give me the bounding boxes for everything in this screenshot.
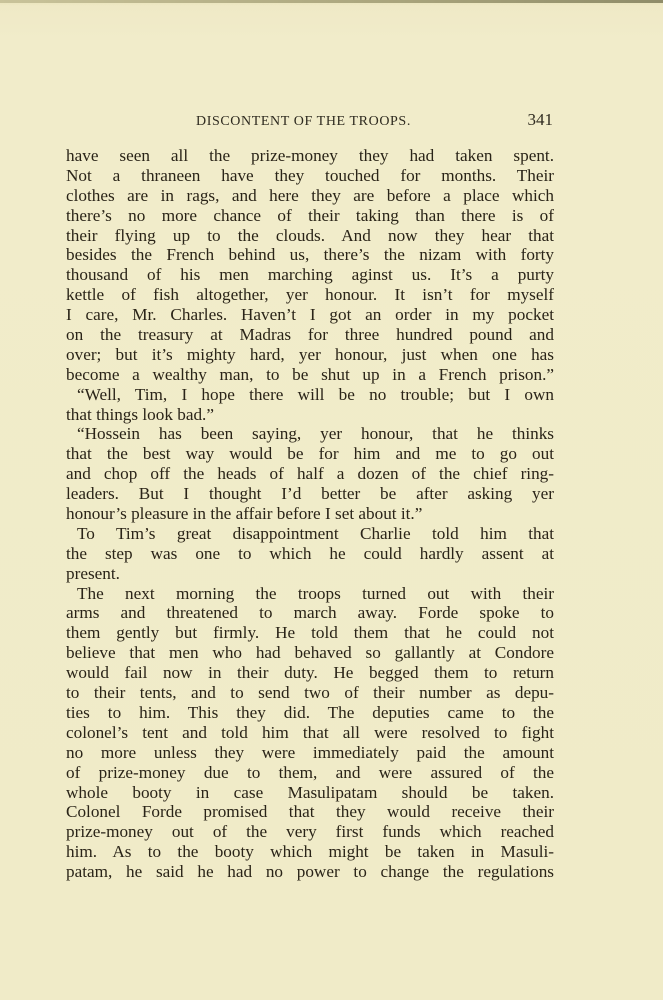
text-line: thousand of his men marching aginst us. … (66, 265, 554, 285)
text-line: “Well, Tim, I hope there will be no trou… (66, 385, 554, 405)
text-line: of prize-money due to them, and were ass… (66, 763, 554, 783)
text-line: believe that men who had behaved so gall… (66, 643, 554, 663)
text-line: colonel’s tent and told him that all wer… (66, 723, 554, 743)
text-line: “Hossein has been saying, yer honour, th… (66, 424, 554, 444)
text-line: over; but it’s mighty hard, yer honour, … (66, 345, 554, 365)
text-line: leaders. But I thought I’d better be aft… (66, 484, 554, 504)
text-line: prize-money out of the very first funds … (66, 822, 554, 842)
text-line: honour’s pleasure in the affair before I… (66, 504, 554, 524)
text-line: that things look bad.” (66, 405, 554, 425)
text-line: that the best way would be for him and m… (66, 444, 554, 464)
text-line: patam, he said he had no power to change… (66, 862, 554, 882)
text-line: clothes are in rags, and here they are b… (66, 186, 554, 206)
text-line: have seen all the prize-money they had t… (66, 146, 554, 166)
text-line: and chop off the heads of half a dozen o… (66, 464, 554, 484)
text-line: no more unless they were immediately pai… (66, 743, 554, 763)
text-line: ties to him. This they did. The deputies… (66, 703, 554, 723)
text-line: them gently but firmly. He told them tha… (66, 623, 554, 643)
text-line: whole booty in case Masulipatam should b… (66, 783, 554, 803)
text-line: present. (66, 564, 554, 584)
text-line: To Tim’s great disappointment Charlie to… (66, 524, 554, 544)
text-line: The next morning the troops turned out w… (66, 584, 554, 604)
text-line: there’s no more chance of their taking t… (66, 206, 554, 226)
text-line: arms and threatened to march away. Forde… (66, 603, 554, 623)
text-line: the step was one to which he could hardl… (66, 544, 554, 564)
text-line: besides the French behind us, there’s th… (66, 245, 554, 265)
text-line: Colonel Forde promised that they would r… (66, 802, 554, 822)
page-number: 341 (528, 110, 554, 130)
text-line: become a wealthy man, to be shut up in a… (66, 365, 554, 385)
page-top-edge (0, 0, 663, 3)
running-head: DISCONTENT OF THE TROOPS. (196, 114, 411, 130)
text-line: would fail now in their duty. He begged … (66, 663, 554, 683)
text-line: on the treasury at Madras for three hund… (66, 325, 554, 345)
text-line: Not a thraneen have they touched for mon… (66, 166, 554, 186)
page-header: DISCONTENT OF THE TROOPS. 341 (196, 110, 553, 134)
text-line: to their tents, and to send two of their… (66, 683, 554, 703)
text-line: kettle of fish altogether, yer honour. I… (66, 285, 554, 305)
text-line: their flying up to the clouds. And now t… (66, 226, 554, 246)
text-line: I care, Mr. Charles. Haven’t I got an or… (66, 305, 554, 325)
text-line: him. As to the booty which might be take… (66, 842, 554, 862)
body-text: have seen all the prize-money they had t… (66, 146, 554, 882)
